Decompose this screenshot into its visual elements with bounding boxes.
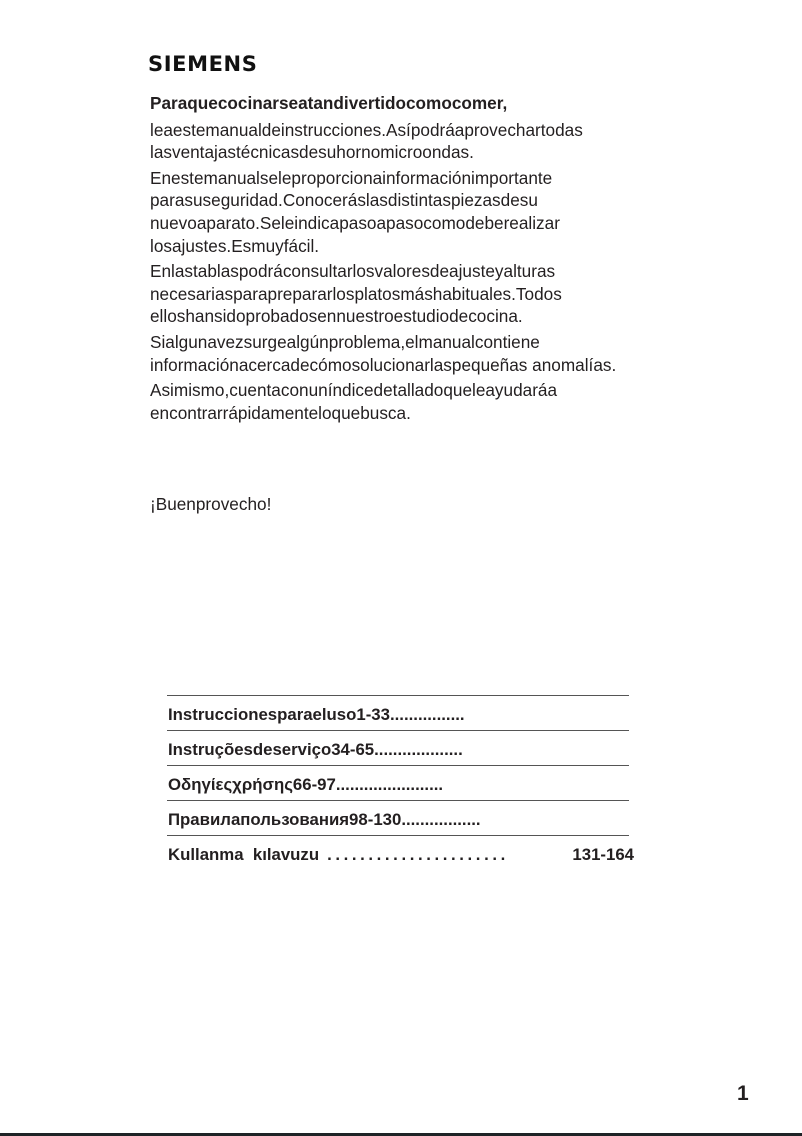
toc-leader-dots: ...................... bbox=[327, 836, 562, 870]
intro-text: Paraquecocinarseatandivertidocomocomer, … bbox=[150, 92, 630, 427]
intro-paragraph: Asimismo,cuentaconuníndicedetalladoquele… bbox=[150, 379, 630, 424]
intro-paragraph: leaestemanualdeinstrucciones.Asípodráapr… bbox=[150, 119, 630, 164]
paragraph-text: Enestemanualseleproporcionainformaciónim… bbox=[150, 168, 560, 256]
paragraph-text: Sialgunavezsurgealgúnproblema,elmanualco… bbox=[150, 332, 616, 375]
toc-entry-spanish[interactable]: Instruccionesparaeluso1-33..............… bbox=[167, 696, 629, 731]
closing-greeting: ¡Buenprovecho! bbox=[150, 493, 271, 516]
intro-paragraph: Enestemanualseleproporcionainformaciónim… bbox=[150, 167, 630, 257]
siemens-logo: SIEMENS bbox=[148, 51, 257, 77]
table-of-contents: Instruccionesparaeluso1-33..............… bbox=[167, 695, 629, 870]
paragraph-text: Enlastablaspodráconsultarlosvaloresdeaju… bbox=[150, 261, 562, 326]
paragraph-text: Asimismo,cuentaconuníndicedetalladoquele… bbox=[150, 380, 557, 423]
toc-entry-greek[interactable]: Οδηγίεςχρήσης66-97......................… bbox=[167, 766, 629, 801]
toc-entry-pages: 131-164 bbox=[572, 836, 634, 870]
toc-entry-russian[interactable]: Правилапользования98-130................… bbox=[167, 801, 629, 836]
paragraph-text: leaestemanualdeinstrucciones.Asípodráapr… bbox=[150, 120, 583, 163]
toc-entry-turkish[interactable]: Kullanma kılavuzu ......................… bbox=[167, 836, 634, 870]
toc-entry-label: Kullanma kılavuzu bbox=[168, 836, 319, 870]
intro-heading: Paraquecocinarseatandivertidocomocomer, bbox=[150, 92, 630, 115]
toc-entry-portuguese[interactable]: Instruçõesdeserviço34-65................… bbox=[167, 731, 629, 766]
page-number: 1 bbox=[737, 1082, 749, 1106]
intro-paragraph: Enlastablaspodráconsultarlosvaloresdeaju… bbox=[150, 260, 630, 328]
intro-paragraph: Sialgunavezsurgealgúnproblema,elmanualco… bbox=[150, 331, 630, 376]
